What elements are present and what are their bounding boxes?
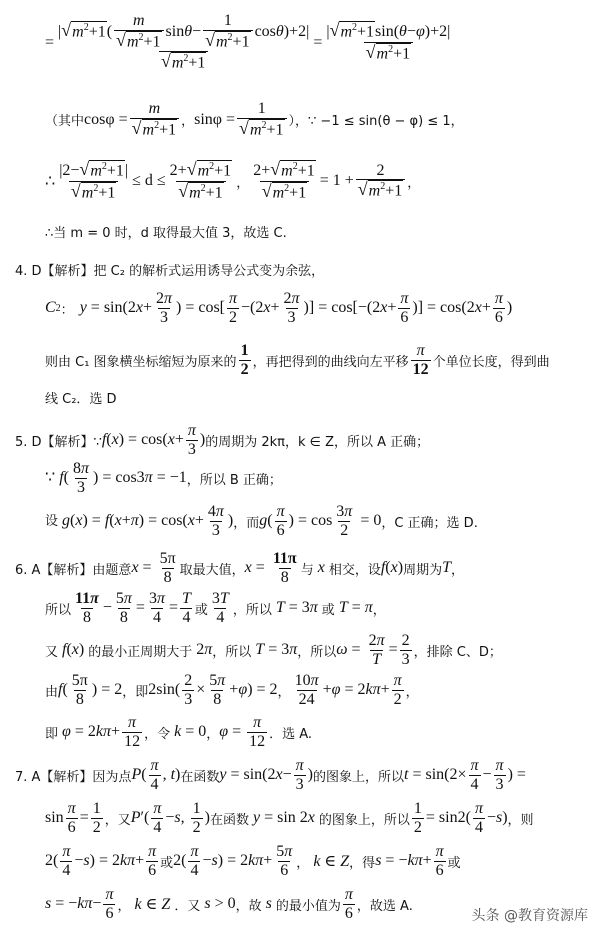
fraction-rhs: |√m2+1sin(θ−φ)+2| √m2+1 — [324, 21, 452, 63]
q5-heading: 5. D【解析】∵ f(x) = cos(x+π3) 的周期为 2kπ，k ∈ … — [15, 422, 429, 458]
q7-line3: 2(π4−s) = 2kπ+π6 或 2(π4−s) = 2kπ+5π6 ， k… — [45, 843, 461, 879]
q6-line2: 所以 11π8−5π8=3π4=T4 或 3T4 ，所以 T = 3π 或 T … — [45, 590, 386, 626]
q5-line3: 设 g(x) = f(x+π) = cos(x+4π3) ，而 g(π6) = … — [45, 503, 478, 539]
equation-line-3: ∴ |2−√m2+1|√m2+1 ≤ d ≤ 2+√m2+1√m2+1 ， 2+… — [45, 160, 420, 202]
q4-heading: 4. D【解析】把 C₂ 的解析式运用诱导公式变为余弦， — [15, 260, 324, 279]
q7-line2: sinπ6=12 ，又 P′(π4−s, 12) 在函数 y = sin 2x … — [45, 800, 534, 836]
q4-line2: 则由 C₁ 图象横坐标缩短为原来的 12 ，再把得到的曲线向左平移 π12 个单… — [45, 342, 550, 378]
q7-line4: s = −kπ−π6 ， k ∈ Z ．又 s > 0 ，故 s 的最小值为 π… — [45, 886, 413, 922]
equation-line-2: （其中 cosφ = m√m2+1 ， sinφ = 1√m2+1 ），∵ −1… — [45, 100, 464, 139]
conclusion-q3: ∴当 m = 0 时，d 取得最大值 3，故选 C. — [45, 222, 287, 241]
watermark: 头条 @教育资源库 — [472, 905, 588, 925]
q6-line3: 又 f(x) 的最小正周期大于 2π，所以 T = 3π，所以 ω = 2πT=… — [45, 632, 502, 668]
fraction-big: |√m2+1( m√m2+1sinθ− 1√m2+1cosθ)+2| √m2+1 — [56, 12, 311, 73]
q6-line4: 由 f(5π8) = 2 ，即 2sin(23×5π8+φ) = 2 ， 10π… — [45, 672, 419, 708]
equation-line-1: = |√m2+1( m√m2+1sinθ− 1√m2+1cosθ)+2| √m2… — [45, 12, 454, 73]
q4-equation: C2： y = sin(2x+2π3) = cos[π2−(2x+2π3)] =… — [45, 290, 512, 326]
q6-line5: 即 φ = 2kπ+π12 ，令 k = 0， φ = π12 ．选 A. — [45, 714, 312, 750]
q7-heading: 7. A【解析】因为点 P(π4, t) 在函数 y = sin(2x−π3) … — [15, 757, 526, 793]
q6-heading: 6. A【解析】由题意 x = 5π8 取最大值， x = 11π8 与 x 相… — [15, 550, 464, 586]
q4-line3: 线 C₂．选 D — [45, 388, 117, 407]
q5-line2: ∵ f(8π3) = cos3π = −1 ，所以 B 正确； — [45, 460, 282, 496]
